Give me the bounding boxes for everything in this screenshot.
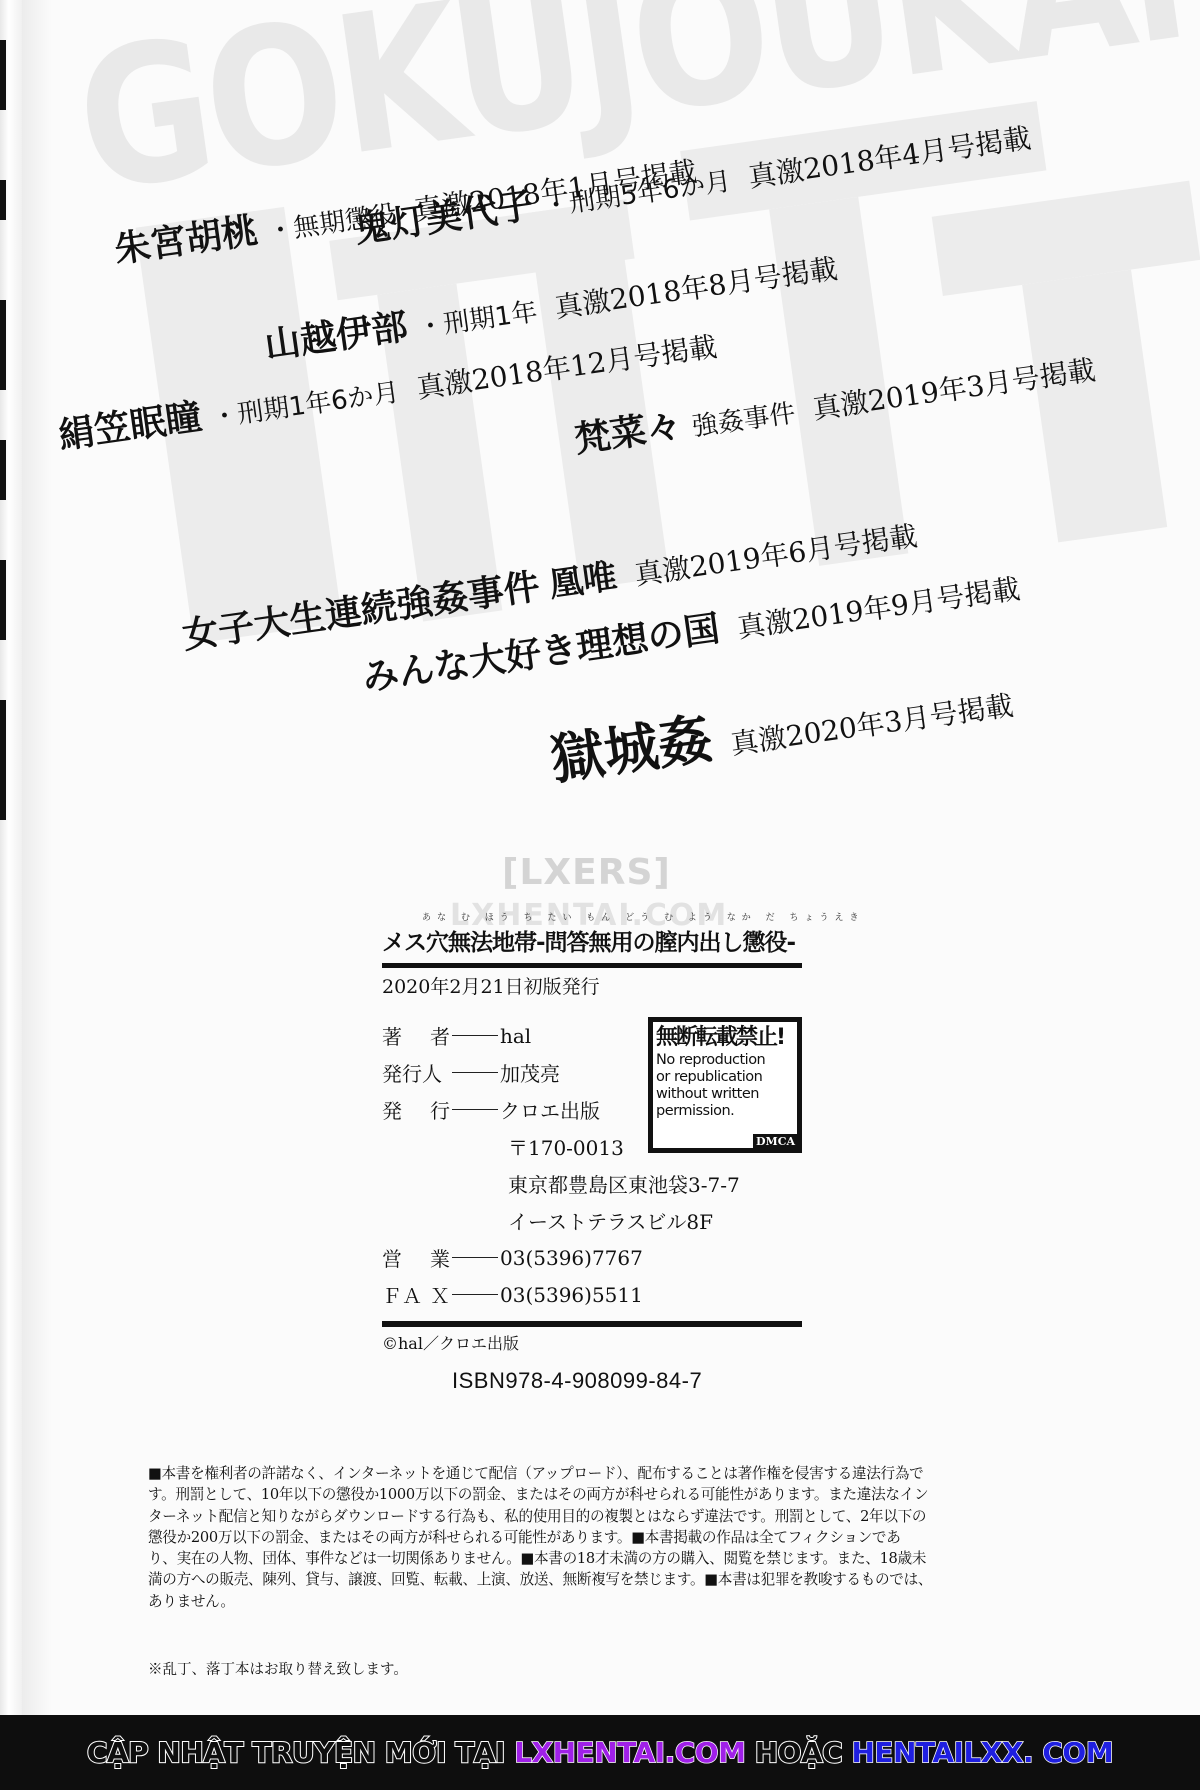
credits-block: 著者 hal 発行人 加茂亮 発行 クロエ出版 〒170-0013 東京都豊島区… [382,1017,802,1313]
scanlator-watermark: [LXERS] [502,852,671,893]
leader-dash [452,1109,498,1110]
banner-prefix: CẬP NHẬT TRUYỆN MỚI TẠI [87,1736,505,1769]
colophon-page: GOKUJOUKAN 朱宮胡桃・無期懲役真激2018年1月号掲載 鬼灯美代子・刑… [0,0,1200,1715]
banner-link-lxhentai[interactable]: LXHENTAI.COM [514,1736,745,1769]
copyright-notice: ©hal／クロエ出版 [382,1331,802,1354]
contact-fax: ＦＡＸ 03(5396)5511 [382,1276,802,1313]
serialization-list: 朱宮胡桃・無期懲役真激2018年1月号掲載 鬼灯美代子・刑期5年6か月真激201… [0,0,1200,720]
no-reproduction-notice: 無断転載禁止! No reproduction or republication… [648,1017,802,1153]
leader-dash [452,1257,498,1258]
banner-or: HOẶC [755,1736,842,1769]
leader-dash [452,1294,498,1295]
publication-date: 2020年2月21日初版発行 [382,972,802,999]
address-building: イーストテラスビル8F [382,1202,802,1239]
replacement-footnote: ※乱丁、落丁本はお取り替え致します。 [148,1658,408,1679]
promo-banner[interactable]: CẬP NHẬT TRUYỆN MỚI TẠI LXHENTAI.COM HOẶ… [0,1715,1200,1790]
no-reproduction-jp: 無断転載禁止! [656,1024,794,1052]
legal-notice: ■本書を権利者の許諾なく、インターネットを通じて配信（アップロード）、配布するこ… [148,1463,1058,1612]
leader-dash [452,1035,498,1036]
banner-link-hentailxx[interactable]: HENTAILXX. COM [851,1736,1113,1769]
title-rule [382,963,802,968]
book-title: メス穴無法地帯-問答無用の膣内出し懲役- [382,924,802,957]
serial-entry: 獄城姦真激2020年3月号掲載 [545,654,1016,795]
colophon: あな む ほう ち たい もん どう む よう なか だ ちょうえき メス穴無法… [382,910,802,1394]
contact-sales: 営業 03(5396)7767 [382,1239,802,1276]
leader-dash [452,1072,498,1073]
title-furigana: あな む ほう ち たい もん どう む よう なか だ ちょうえき [382,910,802,922]
credits-rule [382,1321,802,1327]
isbn: ISBN978-4-908099-84-7 [382,1368,802,1394]
dmca-badge: DMCA [753,1134,798,1149]
address-line: 東京都豊島区東池袋3-7-7 [382,1165,802,1202]
